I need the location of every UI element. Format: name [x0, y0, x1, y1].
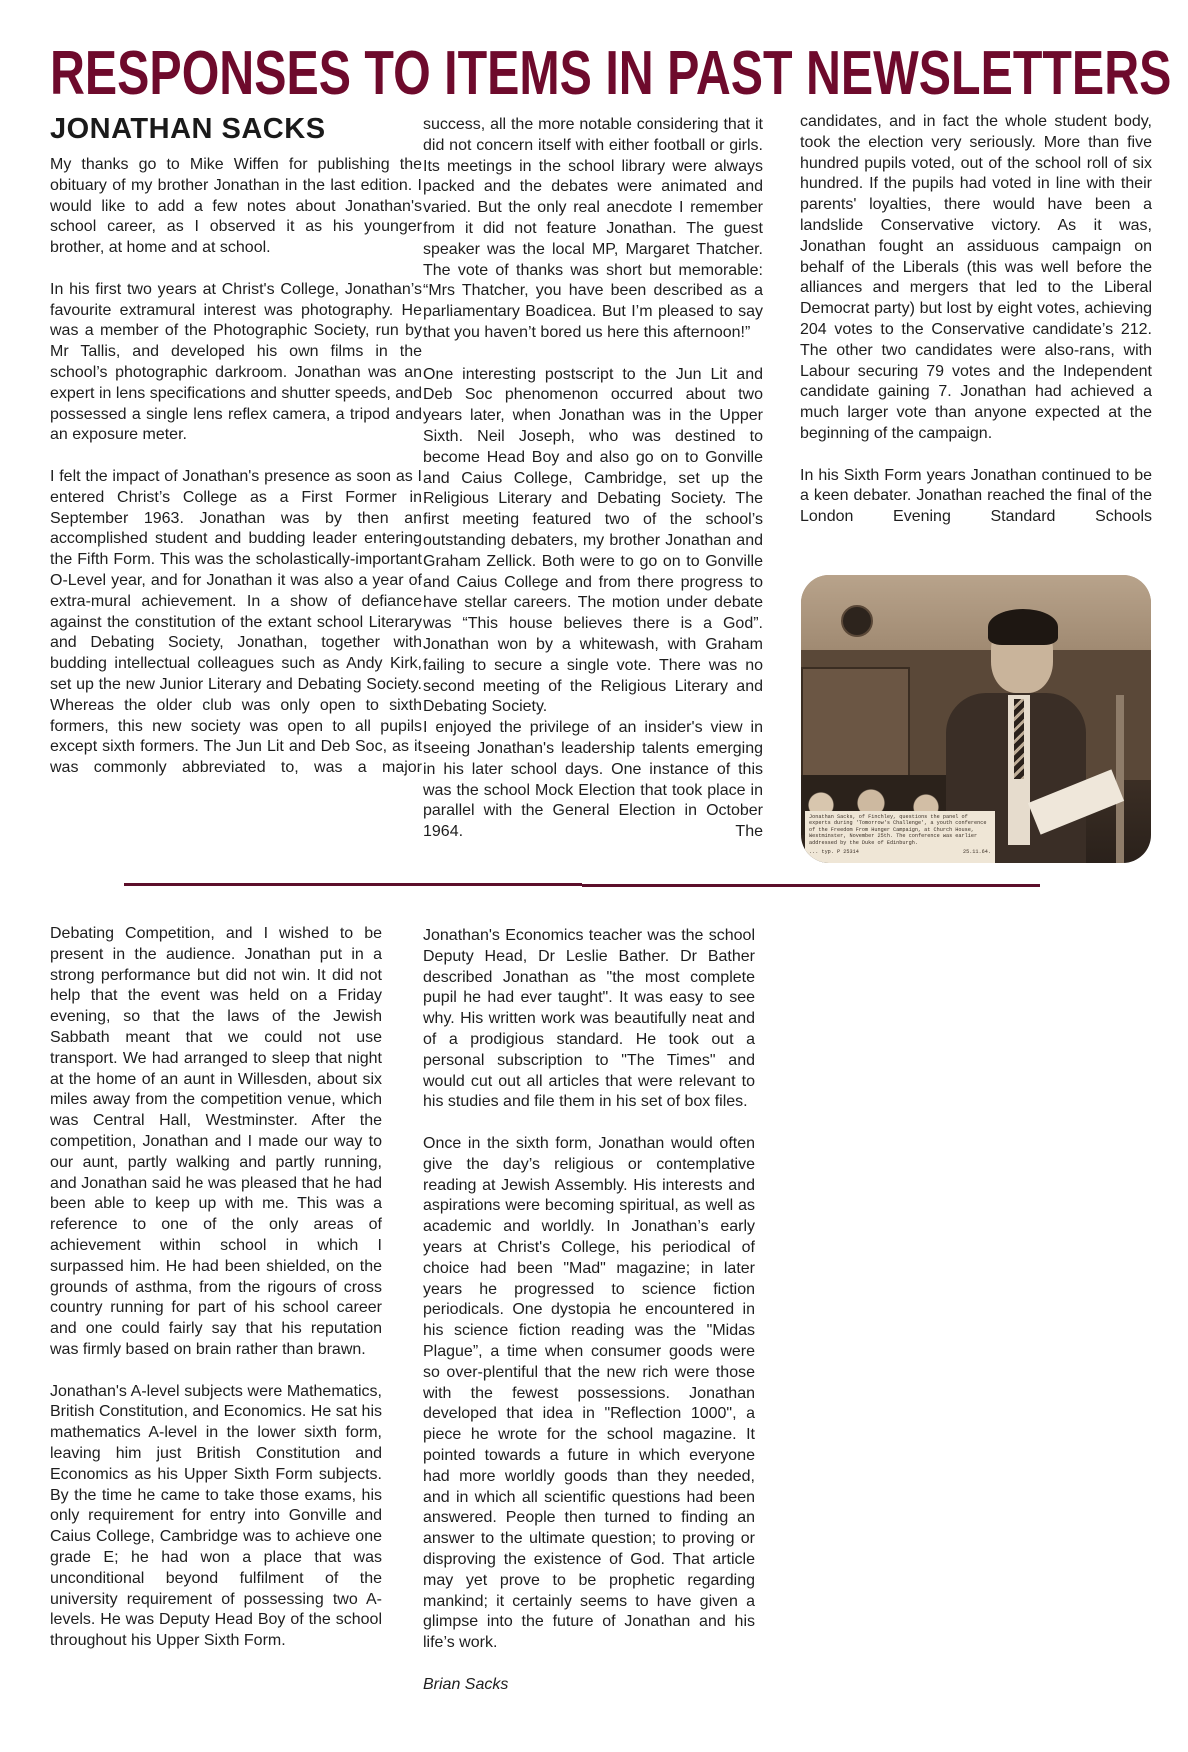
photo-date: 25.11.64.: [963, 849, 991, 855]
article-column-3: candidates, and in fact the whole studen…: [800, 112, 1152, 528]
photo-ref-number: ... typ. P 25314: [809, 849, 859, 855]
paragraph: My thanks go to Mike Wiffen for publishi…: [50, 155, 422, 259]
article-column-5: Jonathan's Economics teacher was the sch…: [423, 926, 755, 1695]
paragraph: success, all the more notable considerin…: [423, 115, 763, 344]
photo-caption: Jonathan Sacks, of Finchley, questions t…: [805, 811, 995, 863]
article-column-2: success, all the more notable considerin…: [423, 115, 763, 843]
archival-photo: Jonathan Sacks, of Finchley, questions t…: [801, 575, 1151, 863]
photo-door: [801, 667, 910, 781]
paragraph: One interesting postscript to the Jun Li…: [423, 365, 763, 719]
paragraph: I felt the impact of Jonathan's presence…: [50, 467, 422, 779]
paragraph: Once in the sixth form, Jonathan would o…: [423, 1134, 755, 1654]
paragraph: In his Sixth Form years Jonathan continu…: [800, 466, 1152, 528]
paragraph: Debating Competition, and I wished to be…: [50, 924, 382, 1361]
photo-caption-text: Jonathan Sacks, of Finchley, questions t…: [809, 814, 991, 846]
paragraph: I enjoyed the privilege of an insider's …: [423, 718, 763, 843]
article-column-1: My thanks go to Mike Wiffen for publishi…: [50, 155, 422, 779]
section-divider-right: [582, 884, 1040, 887]
paragraph: Jonathan's Economics teacher was the sch…: [423, 926, 755, 1113]
section-divider-left: [124, 883, 582, 886]
paragraph: candidates, and in fact the whole studen…: [800, 112, 1152, 445]
author-signature: Brian Sacks: [423, 1675, 755, 1696]
clock-icon: [841, 605, 873, 637]
paragraph: Jonathan's A-level subjects were Mathema…: [50, 1382, 382, 1652]
paragraph: In his first two years at Christ's Colle…: [50, 280, 422, 446]
microphone-icon: [1116, 695, 1124, 863]
page-title: RESPONSES TO ITEMS IN PAST NEWSLETTERS: [50, 40, 900, 108]
article-heading: JONATHAN SACKS: [50, 112, 326, 146]
article-column-4: Debating Competition, and I wished to be…: [50, 924, 382, 1652]
